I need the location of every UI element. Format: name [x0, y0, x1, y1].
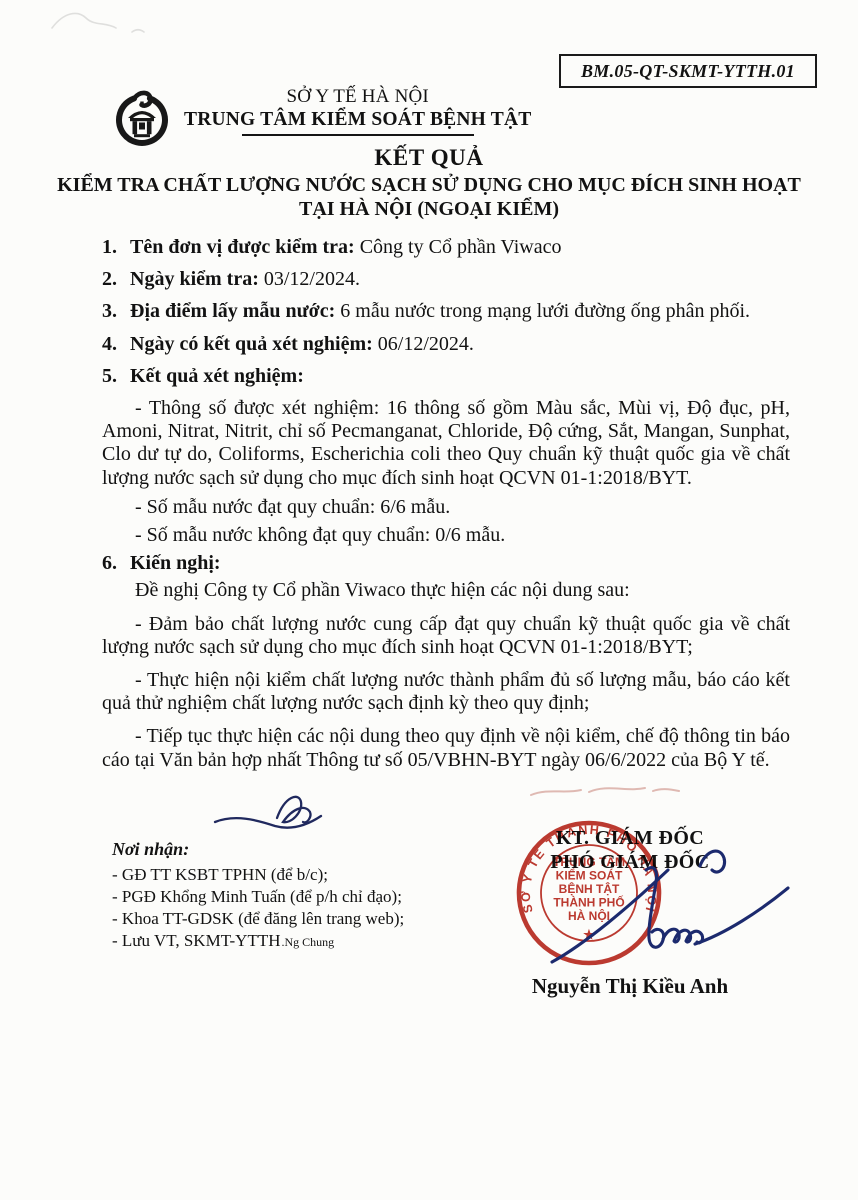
typist-initials: .Ng Chung [282, 935, 335, 949]
title-line-3: TẠI HÀ NỘI (NGOẠI KIỂM) [0, 198, 858, 221]
header-underline [242, 134, 474, 136]
recipients-heading: Nơi nhận: [112, 838, 404, 860]
list-item-6: 6. Kiến nghị: [102, 552, 790, 575]
item-label: Địa điểm lấy mẫu nước: [130, 300, 335, 322]
handwritten-initial-scribble [205, 786, 330, 834]
item-label: Kết quả xét nghiệm: [130, 365, 304, 387]
recipient-item: - Khoa TT-GDSK (để đăng lên trang web); [112, 908, 404, 930]
title-line-2: KIỂM TRA CHẤT LƯỢNG NƯỚC SẠCH SỬ DỤNG CH… [0, 174, 858, 197]
document-title: KẾT QUẢ KIỂM TRA CHẤT LƯỢNG NƯỚC SẠCH SỬ… [0, 145, 858, 221]
form-code-box: BM.05-QT-SKMT-YTTH.01 [559, 54, 817, 88]
test-parameters-paragraph: - Thông số được xét nghiệm: 16 thông số … [102, 397, 790, 490]
document-body: 1. Tên đơn vị được kiểm tra:Công ty Cổ p… [102, 236, 790, 772]
list-item-4: 4. Ngày có kết quả xét nghiệm:06/12/2024… [102, 333, 790, 356]
item-number: 3. [102, 300, 130, 323]
recommendation-bullet-1: - Đảm bảo chất lượng nước cung cấp đạt q… [102, 613, 790, 659]
recommendation-bullet-3: - Tiếp tục thực hiện các nội dung theo q… [102, 725, 790, 771]
item-number: 5. [102, 365, 130, 388]
item-number: 4. [102, 333, 130, 356]
recipient-item: - Lưu VT, SKMT-YTTH.Ng Chung [112, 930, 404, 953]
item-value: Công ty Cổ phần Viwaco [360, 236, 562, 258]
item-number: 2. [102, 268, 130, 291]
list-item-1: 1. Tên đơn vị được kiểm tra:Công ty Cổ p… [102, 236, 790, 259]
list-item-5: 5. Kết quả xét nghiệm: [102, 365, 790, 388]
letterhead: SỞ Y TẾ HÀ NỘI TRUNG TÂM KIỂM SOÁT BỆNH … [114, 84, 531, 148]
hanoi-cdc-pagoda-logo-icon [114, 88, 170, 148]
recommendation-intro: Đề nghị Công ty Cổ phần Viwaco thực hiện… [102, 579, 790, 602]
recipients-block: Nơi nhận: - GĐ TT KSBT TPHN (để b/c); - … [112, 838, 404, 953]
title-line-1: KẾT QUẢ [0, 145, 858, 171]
list-item-3: 3. Địa điểm lấy mẫu nước:6 mẫu nước tron… [102, 300, 790, 323]
samples-fail-line: - Số mẫu nước không đạt quy chuẩn: 0/6 m… [102, 524, 790, 547]
samples-pass-line: - Số mẫu nước đạt quy chuẩn: 6/6 mẫu. [102, 496, 790, 519]
signature-ink [530, 836, 800, 971]
form-code-text: BM.05-QT-SKMT-YTTH.01 [581, 61, 795, 82]
organization-name: TRUNG TÂM KIỂM SOÁT BỆNH TẬT [184, 109, 531, 131]
item-number: 1. [102, 236, 130, 259]
pencil-mark [44, 2, 154, 42]
item-label: Ngày kiểm tra: [130, 268, 259, 290]
recipient-item: - PGĐ Khổng Minh Tuấn (để p/h chỉ đạo); [112, 886, 404, 908]
recipient-item: - GĐ TT KSBT TPHN (để b/c); [112, 864, 404, 886]
item-label: Kiến nghị: [130, 552, 221, 574]
signer-name: Nguyễn Thị Kiều Anh [480, 974, 780, 999]
item-number: 6. [102, 552, 130, 575]
item-label: Tên đơn vị được kiểm tra: [130, 236, 355, 258]
item-label: Ngày có kết quả xét nghiệm: [130, 333, 373, 355]
item-value: 03/12/2024. [264, 268, 360, 290]
recommendation-bullet-2: - Thực hiện nội kiểm chất lượng nước thà… [102, 669, 790, 715]
recipient-item-text: - Lưu VT, SKMT-YTTH [112, 931, 281, 950]
document-page: BM.05-QT-SKMT-YTTH.01 SỞ Y TẾ HÀ NỘI TRU… [0, 0, 858, 1200]
item-value: 06/12/2024. [378, 333, 474, 355]
item-value: 6 mẫu nước trong mạng lưới đường ống phâ… [340, 300, 750, 322]
list-item-2: 2. Ngày kiểm tra:03/12/2024. [102, 268, 790, 291]
red-smudge-mark [523, 779, 688, 805]
department-name: SỞ Y TẾ HÀ NỘI [184, 86, 531, 108]
letterhead-text: SỞ Y TẾ HÀ NỘI TRUNG TÂM KIỂM SOÁT BỆNH … [184, 84, 531, 148]
